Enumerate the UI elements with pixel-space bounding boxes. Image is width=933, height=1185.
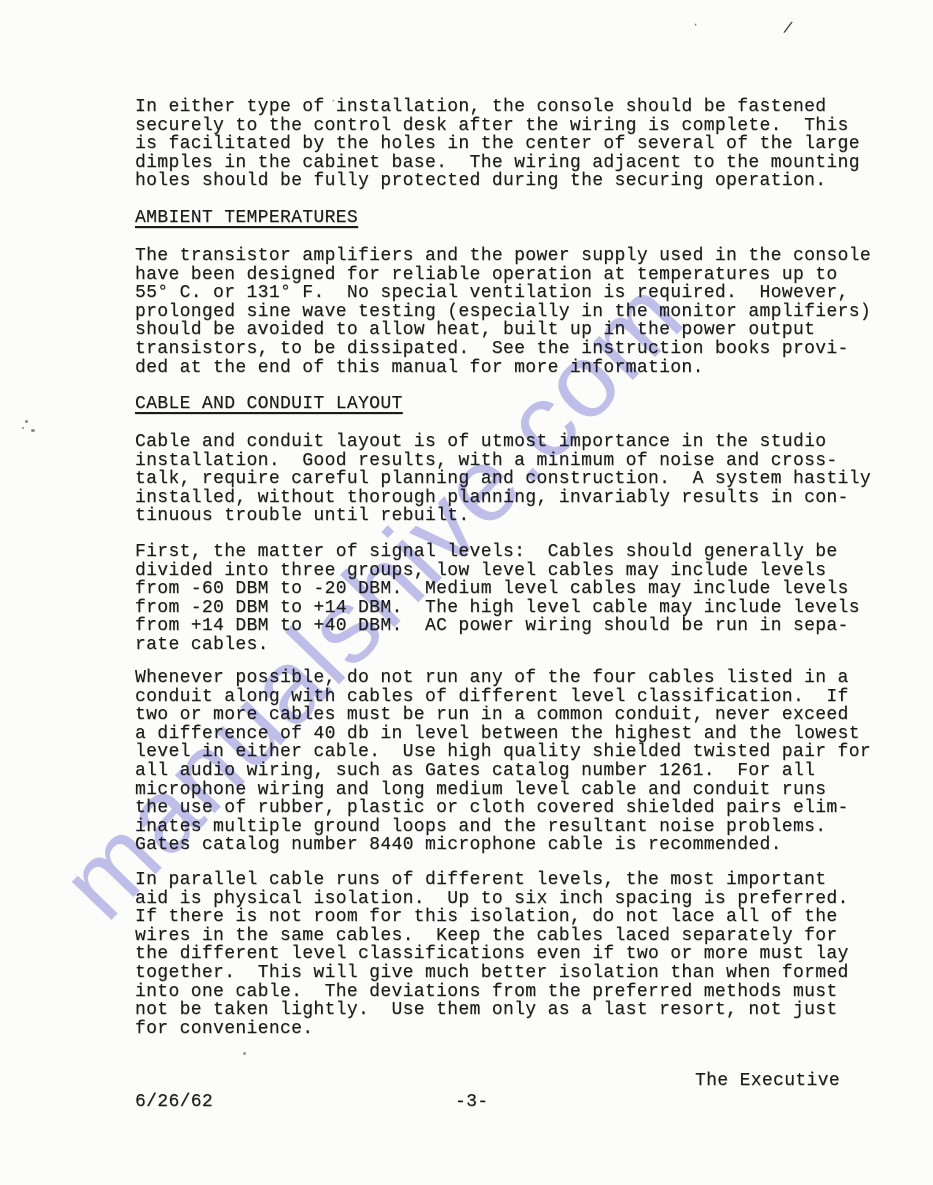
text-line: Cable and conduit layout is of utmost im… <box>135 433 871 452</box>
text-line: the different level classifications even… <box>135 945 849 964</box>
text-line: Whenever possible, do not run any of the… <box>135 669 871 688</box>
footer-page-number: -3- <box>455 1093 488 1112</box>
scanned-manual-page: manualshive.com In either type of instal… <box>0 0 933 1185</box>
text-line: have been designed for reliable operatio… <box>135 266 871 285</box>
section-heading-ambient-temperatures: AMBIENT TEMPERATURES <box>135 209 358 228</box>
scan-artifact-dot-2: · <box>330 96 337 108</box>
text-line: First, the matter of signal levels: Cabl… <box>135 543 860 562</box>
text-line: In either type of installation, the cons… <box>135 98 860 117</box>
scan-artifact-dot: · <box>692 18 699 32</box>
text-line: is facilitated by the holes in the cente… <box>135 135 860 154</box>
paragraph-isolation: In parallel cable runs of different leve… <box>135 871 849 1038</box>
text-line: ded at the end of this manual for more i… <box>135 359 871 378</box>
section-heading-cable-conduit-layout: CABLE AND CONDUIT LAYOUT <box>135 395 403 414</box>
text-line: holes should be fully protected during t… <box>135 172 860 191</box>
footer-date: 6/26/62 <box>135 1093 213 1112</box>
text-line: aid is physical isolation. Up to six inc… <box>135 890 849 909</box>
text-line: rate cables. <box>135 636 860 655</box>
paragraph-conduit-rules: Whenever possible, do not run any of the… <box>135 669 871 855</box>
text-line: microphone wiring and long medium level … <box>135 781 871 800</box>
text-line: from -20 DBM to +14 DBM. The high level … <box>135 599 860 618</box>
text-line: into one cable. The deviations from the … <box>135 983 849 1002</box>
text-line: prolonged sine wave testing (especially … <box>135 303 871 322</box>
text-line: from -60 DBM to -20 DBM. Medium level ca… <box>135 580 860 599</box>
paragraph-installation-intro: In either type of installation, the cons… <box>135 98 860 191</box>
text-line: from +14 DBM to +40 DBM. AC power wiring… <box>135 617 860 636</box>
text-line: talk, require careful planning and const… <box>135 470 871 489</box>
text-line: installed, without thorough planning, in… <box>135 489 871 508</box>
text-line: dimples in the cabinet base. The wiring … <box>135 154 860 173</box>
text-line: together. This will give much better iso… <box>135 964 849 983</box>
paragraph-ambient-temperatures: The transistor amplifiers and the power … <box>135 247 871 377</box>
text-line: the use of rubber, plastic or cloth cove… <box>135 799 871 818</box>
text-line: conduit along with cables of different l… <box>135 688 871 707</box>
text-line: tinuous trouble until rebuilt. <box>135 507 871 526</box>
text-line: installation. Good results, with a minim… <box>135 452 871 471</box>
text-line: In parallel cable runs of different leve… <box>135 871 849 890</box>
text-line: all audio wiring, such as Gates catalog … <box>135 762 871 781</box>
text-line: inates multiple ground loops and the res… <box>135 818 871 837</box>
footer-running-title: The Executive <box>695 1072 840 1091</box>
text-line: Gates catalog number 8440 microphone cab… <box>135 836 871 855</box>
scan-speck <box>25 420 28 423</box>
text-line: The transistor amplifiers and the power … <box>135 247 871 266</box>
text-line: If there is not room for this isolation,… <box>135 908 849 927</box>
text-line: for convenience. <box>135 1020 849 1039</box>
text-line: divided into three groups, low level cab… <box>135 562 860 581</box>
text-line: 55° C. or 131° F. No special ventilation… <box>135 284 871 303</box>
text-line: a difference of 40 db in level between t… <box>135 725 871 744</box>
text-line: transistors, to be dissipated. See the i… <box>135 340 871 359</box>
text-line: securely to the control desk after the w… <box>135 117 860 136</box>
text-line: not be taken lightly. Use them only as a… <box>135 1001 849 1020</box>
paragraph-cable-overview: Cable and conduit layout is of utmost im… <box>135 433 871 526</box>
scan-speck <box>31 429 35 432</box>
paragraph-signal-levels: First, the matter of signal levels: Cabl… <box>135 543 860 655</box>
scan-speck <box>243 1052 246 1055</box>
scan-artifact-slash: / <box>782 19 794 38</box>
text-line: level in either cable. Use high quality … <box>135 743 871 762</box>
scan-speck <box>22 427 24 429</box>
text-line: should be avoided to allow heat, built u… <box>135 321 871 340</box>
text-line: wires in the same cables. Keep the cable… <box>135 927 849 946</box>
text-line: two or more cables must be run in a comm… <box>135 706 871 725</box>
